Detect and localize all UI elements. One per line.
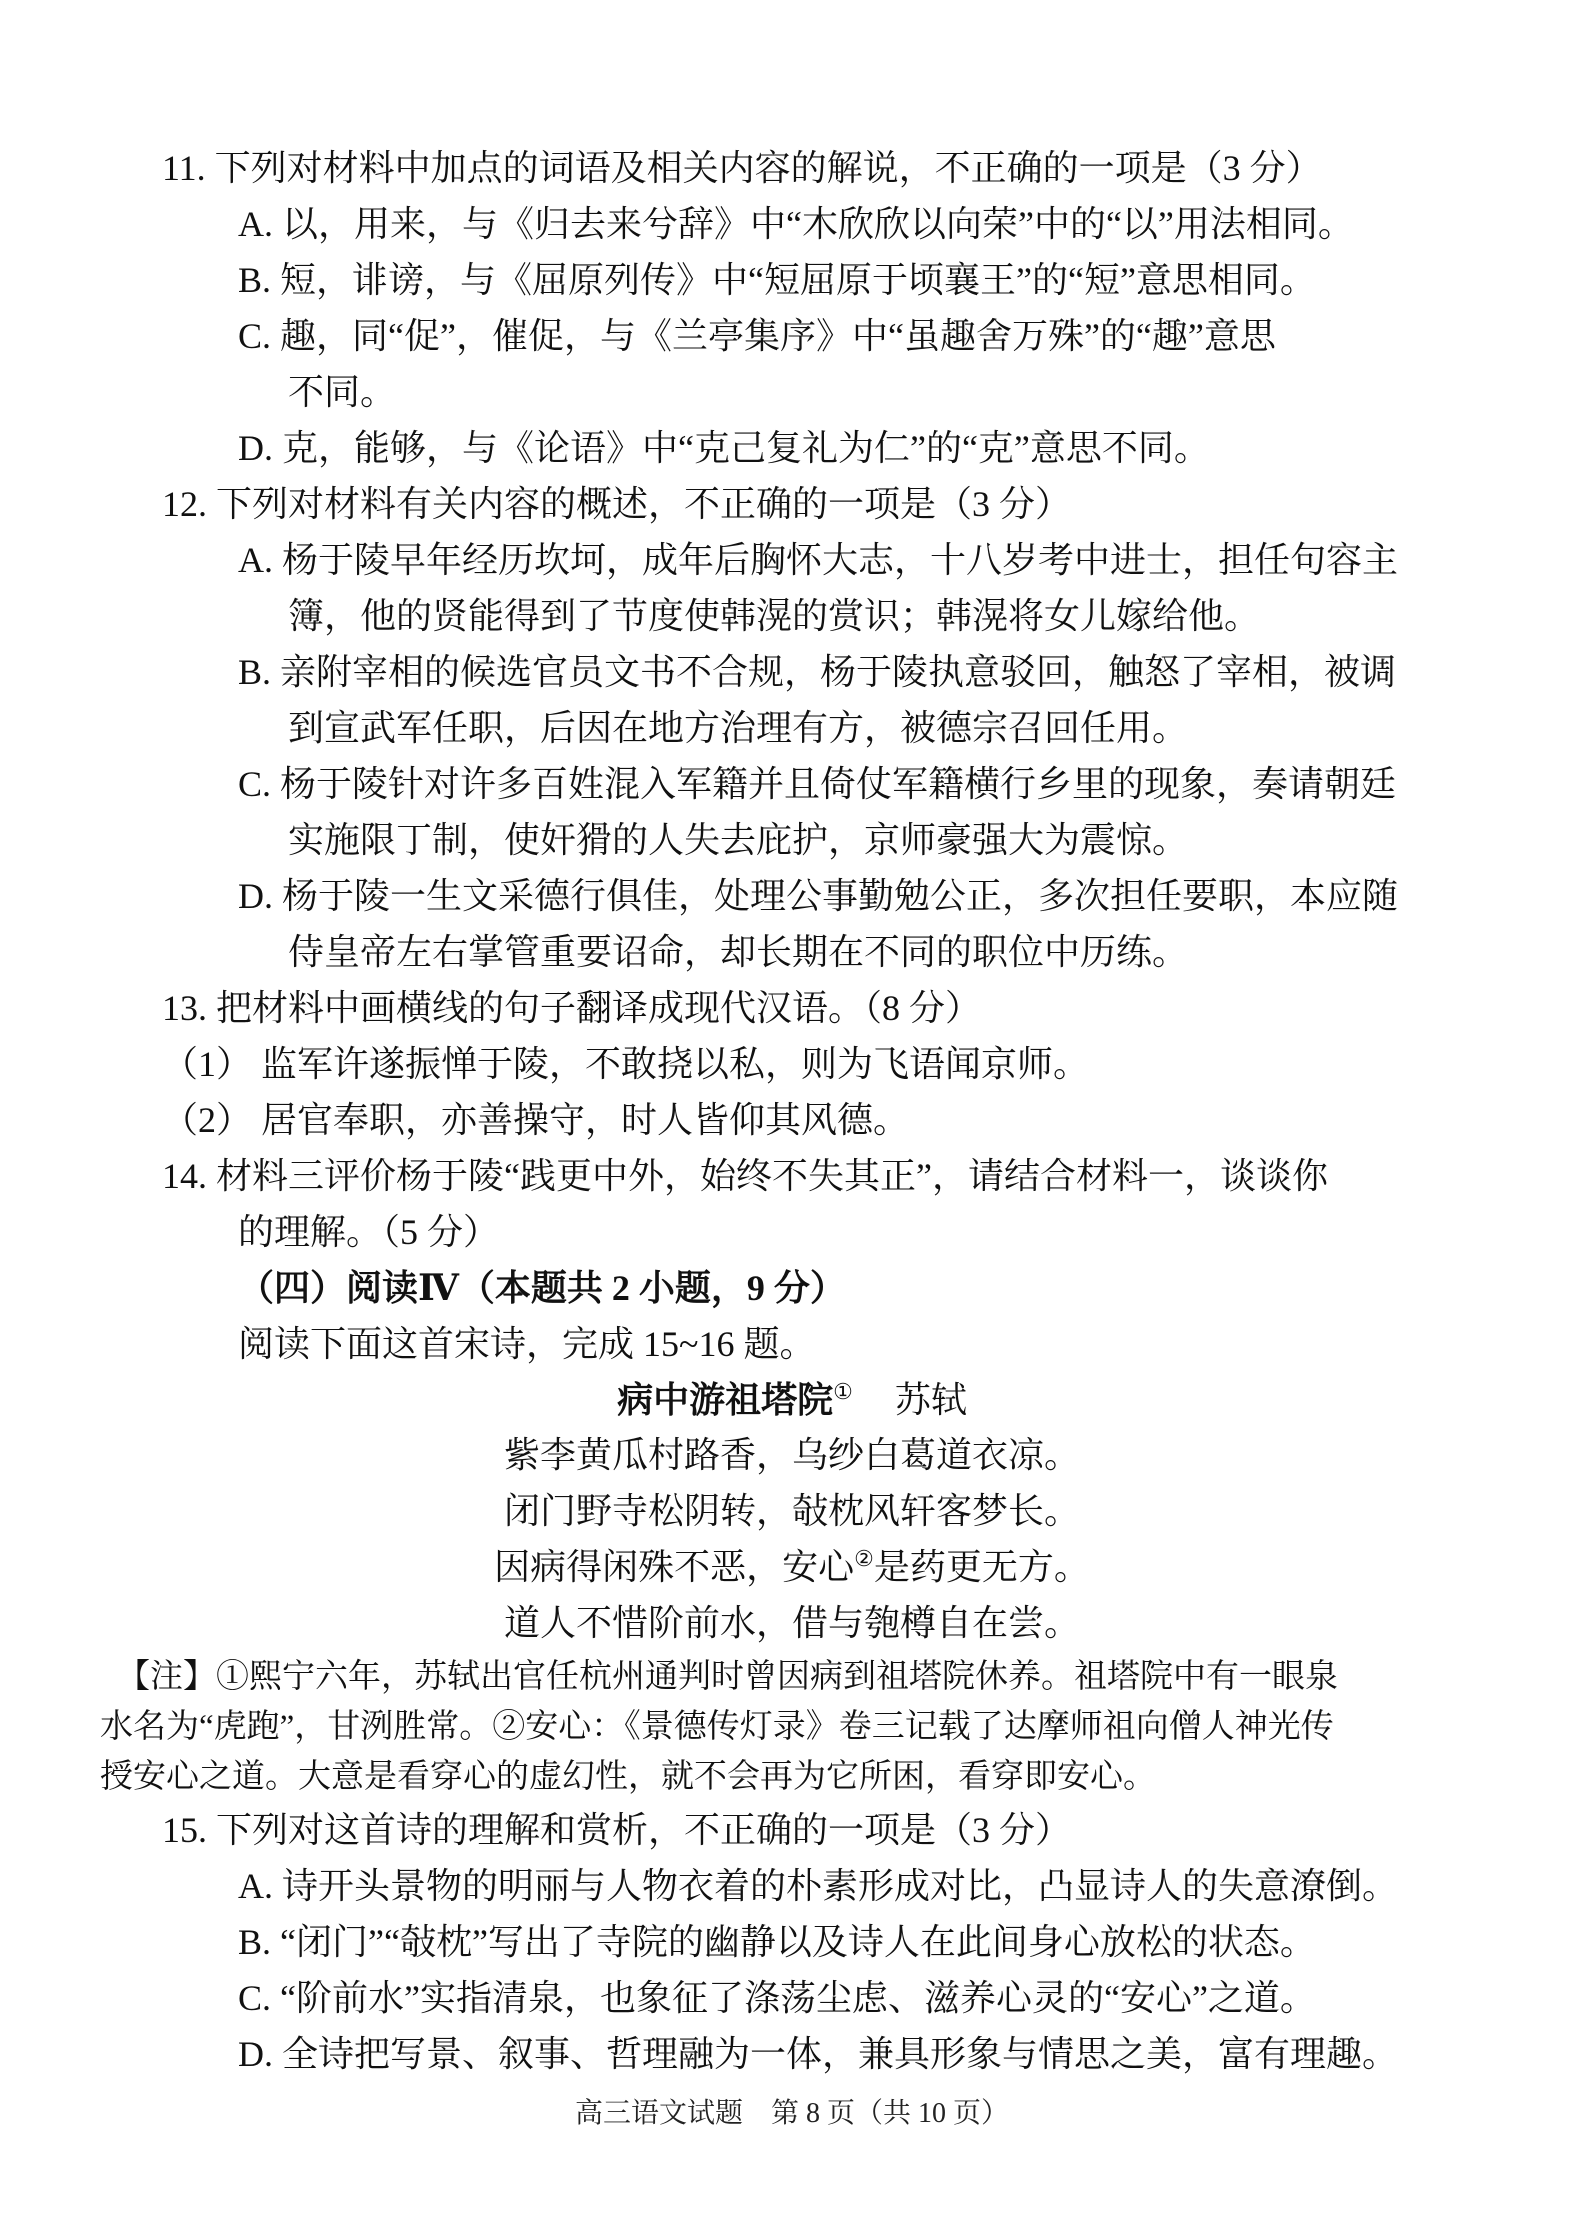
- poem-author: 苏轼: [895, 1380, 967, 1420]
- poem-title-note-ref-icon: ①: [833, 1379, 853, 1404]
- poem-line-3-post: 是药更无方。: [874, 1547, 1090, 1588]
- question-12-option-d-line1: D. 杨于陵一生文采德行俱佳，处理公事勤勉公正，多次担任要职，本应随: [0, 868, 1584, 924]
- question-12-stem: 12. 下列对材料有关内容的概述，不正确的一项是（3 分）: [0, 476, 1584, 532]
- question-15-option-a: A. 诗开头景物的明丽与人物衣着的朴素形成对比，凸显诗人的失意潦倒。: [0, 1858, 1584, 1914]
- question-12-option-c-line1: C. 杨于陵针对许多百姓混入军籍并且倚仗军籍横行乡里的现象，奏请朝廷: [0, 756, 1584, 812]
- question-12-option-b-line1: B. 亲附宰相的候选官员文书不合规，杨于陵执意驳回，触怒了宰相，被调: [0, 644, 1584, 700]
- question-12-option-a-line2: 簿，他的贤能得到了节度使韩滉的赏识；韩滉将女儿嫁给他。: [0, 588, 1584, 644]
- question-12-option-c-line2: 实施限丁制，使奸猾的人失去庇护，京师豪强大为震惊。: [0, 812, 1584, 868]
- question-11-option-b: B. 短，诽谤，与《屈原列传》中“短屈原于顷襄王”的“短”意思相同。: [0, 252, 1584, 308]
- section-4-intro: 阅读下面这首宋诗，完成 15~16 题。: [0, 1316, 1584, 1372]
- section-4-heading: （四）阅读Ⅳ（本题共 2 小题，9 分）: [0, 1260, 1584, 1316]
- question-14-stem-line2: 的理解。（5 分）: [0, 1204, 1584, 1260]
- question-11-option-c-line2: 不同。: [0, 364, 1584, 420]
- question-11-option-c-line1: C. 趣，同“促”，催促，与《兰亭集序》中“虽趣舍万殊”的“趣”意思: [0, 308, 1584, 364]
- question-13-sentence-1: （1） 监军许遂振惮于陵，不敢挠以私，则为飞语闻京师。: [0, 1036, 1584, 1092]
- question-12-option-b-line2: 到宣武军任职，后因在地方治理有方，被德宗召回任用。: [0, 700, 1584, 756]
- question-15-option-d: D. 全诗把写景、叙事、哲理融为一体，兼具形象与情思之美，富有理趣。: [0, 2026, 1584, 2082]
- question-15-stem: 15. 下列对这首诗的理解和赏析，不正确的一项是（3 分）: [0, 1802, 1584, 1858]
- poem-line-4: 道人不惜阶前水，借与匏樽自在尝。: [0, 1596, 1584, 1652]
- question-15-option-b: B. “闭门”“敧枕”写出了寺院的幽静以及诗人在此间身心放松的状态。: [0, 1914, 1584, 1970]
- question-14-stem-line1: 14. 材料三评价杨于陵“践更中外，始终不失其正”，请结合材料一，谈谈你: [0, 1148, 1584, 1204]
- note-line-3: 授安心之道。大意是看穿心的虚幻性，就不会再为它所困，看穿即安心。: [0, 1752, 1584, 1802]
- question-12-option-a-line1: A. 杨于陵早年经历坎坷，成年后胸怀大志，十八岁考中进士，担任句容主: [0, 532, 1584, 588]
- exam-paper-page: 11. 下列对材料中加点的词语及相关内容的解说，不正确的一项是（3 分） A. …: [0, 0, 1584, 2240]
- question-13-sentence-2: （2） 居官奉职，亦善操守，时人皆仰其风德。: [0, 1092, 1584, 1148]
- page-footer: 高三语文试题 第 8 页（共 10 页）: [0, 2094, 1584, 2134]
- question-15-option-c: C. “阶前水”实指清泉，也象征了涤荡尘虑、滋养心灵的“安心”之道。: [0, 1970, 1584, 2026]
- poem-line-3-note-ref-icon: ②: [854, 1547, 874, 1572]
- question-12-option-d-line2: 侍皇帝左右掌管重要诏命，却长期在不同的职位中历练。: [0, 924, 1584, 980]
- poem-line-3-pre: 因病得闲殊不恶，安心: [494, 1547, 854, 1588]
- poem-line-3: 因病得闲殊不恶，安心②是药更无方。: [0, 1540, 1584, 1596]
- poem-title-line: 病中游祖塔院①苏轼: [0, 1372, 1584, 1428]
- question-13-stem: 13. 把材料中画横线的句子翻译成现代汉语。（8 分）: [0, 980, 1584, 1036]
- question-11-option-d: D. 克，能够，与《论语》中“克己复礼为仁”的“克”意思不同。: [0, 420, 1584, 476]
- poem-line-1: 紫李黄瓜村路香，乌纱白葛道衣凉。: [0, 1428, 1584, 1484]
- question-11-option-a: A. 以，用来，与《归去来兮辞》中“木欣欣以向荣”中的“以”用法相同。: [0, 196, 1584, 252]
- poem-line-2: 闭门野寺松阴转，敧枕风轩客梦长。: [0, 1484, 1584, 1540]
- note-line-1: 【注】①熙宁六年，苏轼出官任杭州通判时曾因病到祖塔院休养。祖塔院中有一眼泉: [0, 1652, 1584, 1702]
- note-line-2: 水名为“虎跑”，甘洌胜常。②安心：《景德传灯录》卷三记载了达摩师祖向僧人神光传: [0, 1702, 1584, 1752]
- poem-title: 病中游祖塔院: [617, 1380, 833, 1420]
- question-11-stem: 11. 下列对材料中加点的词语及相关内容的解说，不正确的一项是（3 分）: [0, 140, 1584, 196]
